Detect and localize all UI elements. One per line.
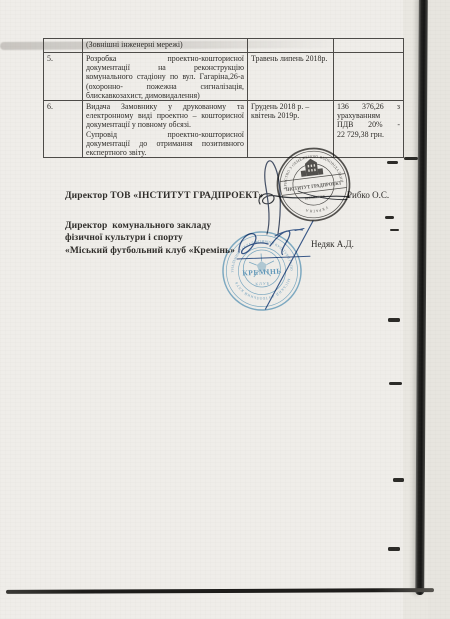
- date-line: квітень 2019р.: [251, 111, 330, 120]
- director-club-title-line: фізичної культури і спорту: [65, 232, 235, 244]
- director-club-title-line: «Міський футбольний клуб «Кремінь»: [65, 245, 235, 257]
- description-line: документації у повному обсязі.: [86, 120, 244, 129]
- row-number-cell: [44, 39, 83, 53]
- amount-line: 22 729,38 грн.: [337, 130, 400, 139]
- scan-dash-artifact: [404, 157, 418, 160]
- svg-text:УКРАЇНА: УКРАЇНА: [304, 205, 329, 215]
- scan-dash-artifact: [388, 547, 400, 551]
- director-institute-name: Рибко О.С.: [347, 190, 389, 200]
- stamp-center-text: КРЕМІНЬ: [242, 266, 282, 277]
- description-line: документації на реконструкцію: [86, 63, 244, 72]
- institute-gradproekt-stamp: ТОВАРИСТВО З ОБМЕЖЕНОЮ ВІДПОВІДАЛЬНІСТЮ …: [275, 146, 352, 223]
- stamp-under-band-text: КРЕМЕНЧУК: [305, 194, 327, 201]
- stamp-sub-text: КЛУБ: [255, 281, 270, 287]
- table-row-5: 5. Розробка проектно-кошторисної докумен…: [44, 53, 404, 101]
- amount-cell: [334, 39, 404, 53]
- stamp-ring-text-bottom: УКРАЇНА: [304, 205, 329, 215]
- description-line: експертного звіту.: [86, 148, 244, 157]
- description-cell: Видача Замовнику у друкованому та електр…: [83, 101, 248, 158]
- kremin-club-stamp: КОМУНАЛЬНИЙ ЗАКЛАД ФІЗИЧНОЇ КУЛЬТУРИ І С…: [221, 230, 303, 312]
- description-cell: (Зовнішні інженерні мережі): [83, 39, 248, 53]
- scan-dash-artifact: [389, 382, 402, 385]
- date-line: Травень липень 2018р.: [251, 54, 330, 63]
- scan-dash-artifact: [390, 229, 399, 231]
- scan-dash-artifact: [385, 216, 394, 219]
- scan-dash-artifact: [393, 478, 404, 482]
- description-line: (охоронно- пожежна сигналізація,: [86, 82, 244, 91]
- table-row-continuation: (Зовнішні інженерні мережі): [44, 39, 404, 53]
- director-club-name: Недяк А.Д.: [311, 239, 354, 249]
- description-line: електронному виді проектно – кошторисної: [86, 111, 244, 120]
- row-number-cell: 6.: [44, 101, 83, 158]
- director-club-title: Директор комунального закладу фізичної к…: [65, 220, 235, 257]
- scanned-document-page: (Зовнішні інженерні мережі) 5. Розробка …: [0, 0, 450, 619]
- date-cell: Травень липень 2018р.: [248, 53, 334, 101]
- description-line: Видача Замовнику у друкованому та: [86, 102, 244, 111]
- director-institute-title: Директор ТОВ «ІНСТИТУТ ГРАДПРОЕКТ»: [65, 191, 263, 201]
- scan-right-margin-outer: [428, 0, 450, 619]
- date-cell: [248, 39, 334, 53]
- scan-dash-artifact: [388, 318, 400, 322]
- scan-dash-artifact: [387, 161, 398, 164]
- description-line: Супровід проектно-кошторисної: [86, 130, 244, 139]
- amount-line: ПДВ 20% -: [337, 120, 400, 129]
- description-line: (Зовнішні інженерні мережі): [86, 40, 244, 49]
- works-table: (Зовнішні інженерні мережі) 5. Розробка …: [43, 38, 404, 158]
- description-line: Розробка проектно-кошторисної: [86, 54, 244, 63]
- amount-cell: [334, 53, 404, 101]
- description-cell: Розробка проектно-кошторисної документац…: [83, 53, 248, 101]
- amount-line: урахуванням: [337, 111, 400, 120]
- date-line: Грудень 2018 р. –: [251, 102, 330, 111]
- amount-line: 136 376,26 з: [337, 102, 400, 111]
- row-number-cell: 5.: [44, 53, 83, 101]
- description-line: блискавкозахист, димовидалення): [86, 91, 244, 100]
- description-line: комунального стадіону по вул. Гагаріна,2…: [86, 72, 244, 81]
- description-line: документації до отримання позитивного: [86, 139, 244, 148]
- director-club-title-line: Директор комунального закладу: [65, 220, 235, 232]
- scan-edge-bottom-line: [6, 588, 434, 593]
